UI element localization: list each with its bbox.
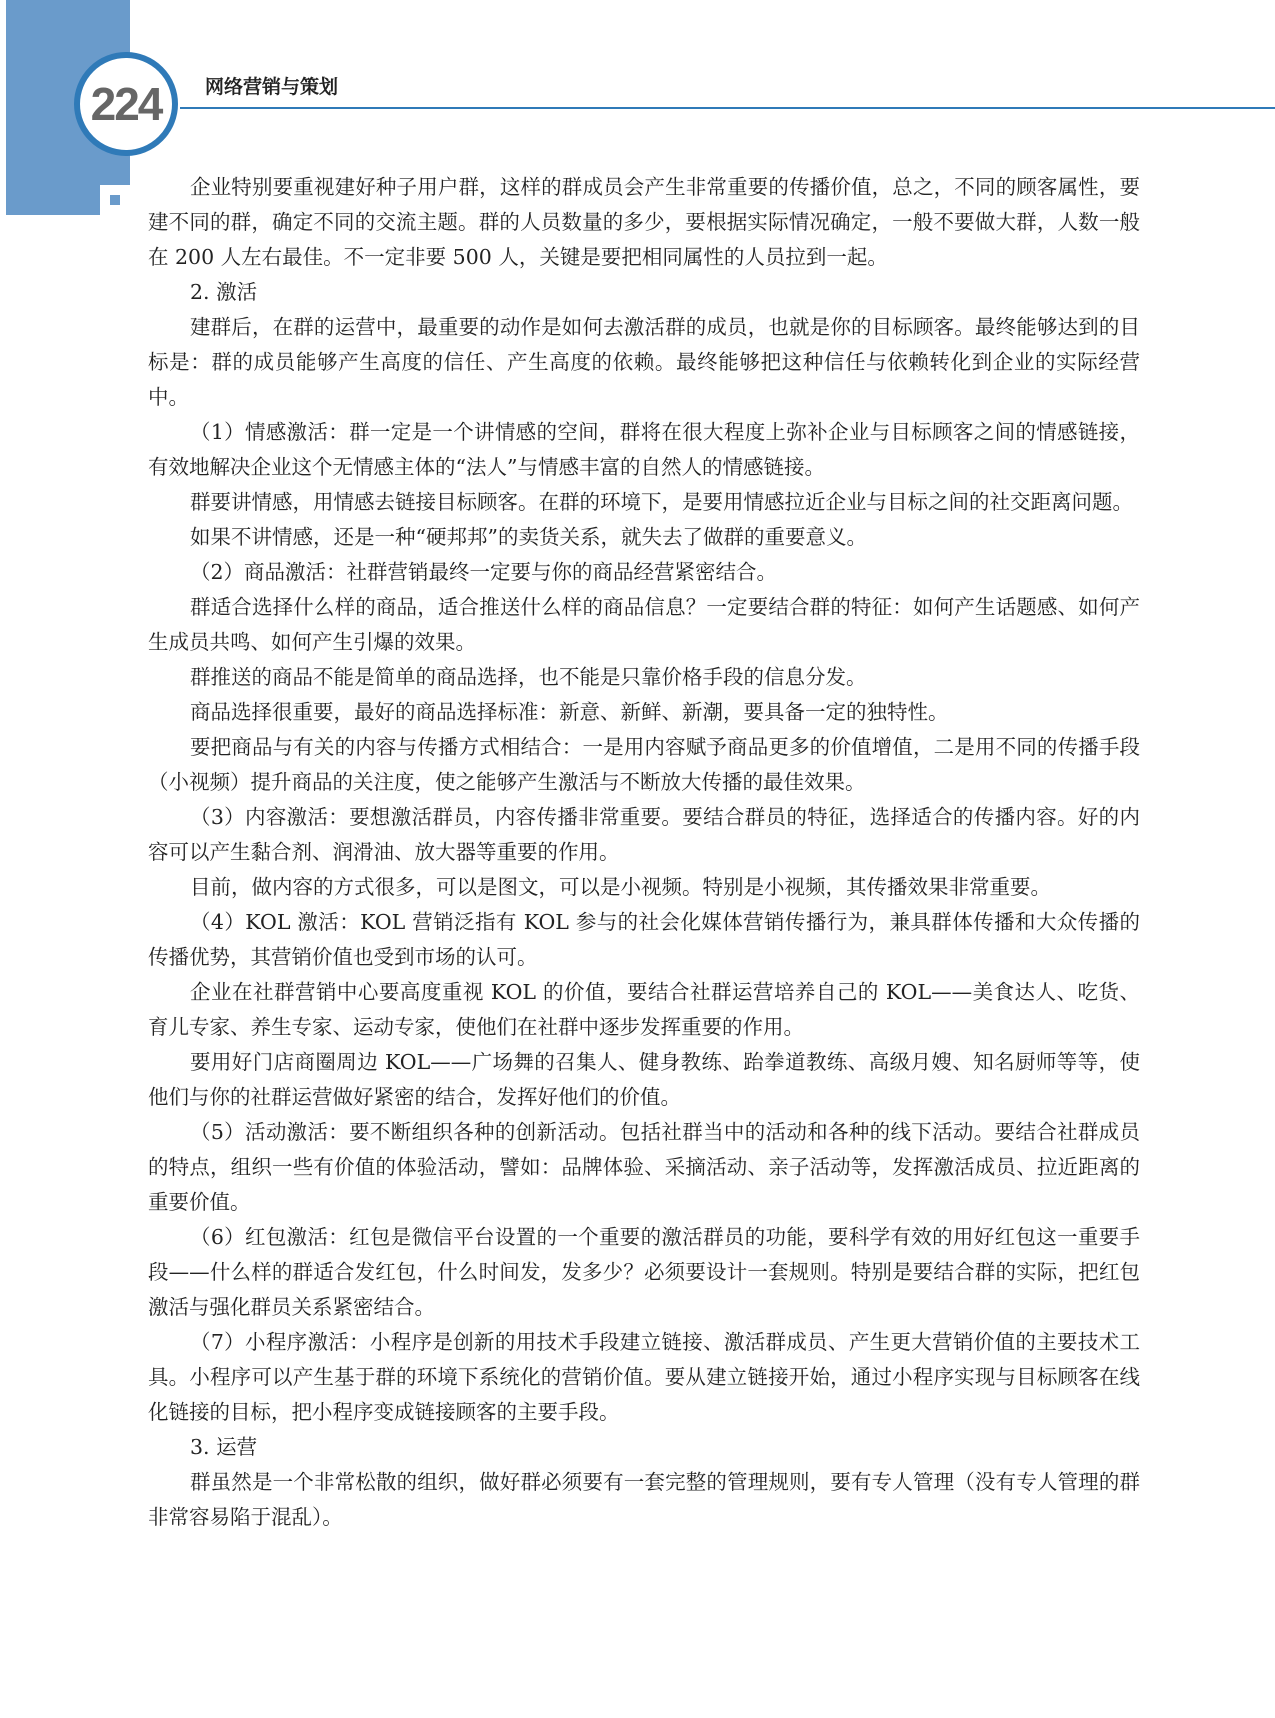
paragraph: （3）内容激活：要想激活群员，内容传播非常重要。要结合群员的特征，选择适合的传播… — [148, 800, 1140, 870]
paragraph: （1）情感激活：群一定是一个讲情感的空间，群将在很大程度上弥补企业与目标顾客之间… — [148, 415, 1140, 485]
paragraph: （2）商品激活：社群营销最终一定要与你的商品经营紧密结合。 — [148, 555, 1140, 590]
page-number: 224 — [91, 77, 162, 131]
section-heading: 3. 运营 — [148, 1430, 1140, 1465]
paragraph: （5）活动激活：要不断组织各种的创新活动。包括社群当中的活动和各种的线下活动。要… — [148, 1115, 1140, 1220]
paragraph: 群推送的商品不能是简单的商品选择，也不能是只靠价格手段的信息分发。 — [148, 660, 1140, 695]
paragraph: 要用好门店商圈周边 KOL——广场舞的召集人、健身教练、跆拳道教练、高级月嫂、知… — [148, 1045, 1140, 1115]
paragraph: （7）小程序激活：小程序是创新的用技术手段建立链接、激活群成员、产生更大营销价值… — [148, 1325, 1140, 1430]
paragraph: （6）红包激活：红包是微信平台设置的一个重要的激活群员的功能，要科学有效的用好红… — [148, 1220, 1140, 1325]
page-number-badge: 224 — [74, 52, 178, 156]
paragraph: 群要讲情感，用情感去链接目标顾客。在群的环境下，是要用情感拉近企业与目标之间的社… — [148, 485, 1140, 520]
paragraph: 企业在社群营销中心要高度重视 KOL 的价值，要结合社群运营培养自己的 KOL—… — [148, 975, 1140, 1045]
tab-square-decoration — [110, 195, 120, 205]
paragraph: 建群后，在群的运营中，最重要的动作是如何去激活群的成员，也就是你的目标顾客。最终… — [148, 310, 1140, 415]
section-heading: 2. 激活 — [148, 275, 1140, 310]
paragraph: 目前，做内容的方式很多，可以是图文，可以是小视频。特别是小视频，其传播效果非常重… — [148, 870, 1140, 905]
paragraph: 企业特别要重视建好种子用户群，这样的群成员会产生非常重要的传播价值，总之，不同的… — [148, 170, 1140, 275]
paragraph: 如果不讲情感，还是一种“硬邦邦”的卖货关系，就失去了做群的重要意义。 — [148, 520, 1140, 555]
header-rule — [180, 107, 1275, 109]
paragraph: 要把商品与有关的内容与传播方式相结合：一是用内容赋予商品更多的价值增值，二是用不… — [148, 730, 1140, 800]
paragraph: 商品选择很重要，最好的商品选择标准：新意、新鲜、新潮，要具备一定的独特性。 — [148, 695, 1140, 730]
paragraph: （4）KOL 激活：KOL 营销泛指有 KOL 参与的社会化媒体营销传播行为，兼… — [148, 905, 1140, 975]
book-title: 网络营销与策划 — [205, 72, 338, 99]
paragraph: 群适合选择什么样的商品，适合推送什么样的商品信息？一定要结合群的特征：如何产生话… — [148, 590, 1140, 660]
paragraph: 群虽然是一个非常松散的组织，做好群必须要有一套完整的管理规则，要有专人管理（没有… — [148, 1465, 1140, 1535]
page-body: 企业特别要重视建好种子用户群，这样的群成员会产生非常重要的传播价值，总之，不同的… — [148, 170, 1140, 1535]
